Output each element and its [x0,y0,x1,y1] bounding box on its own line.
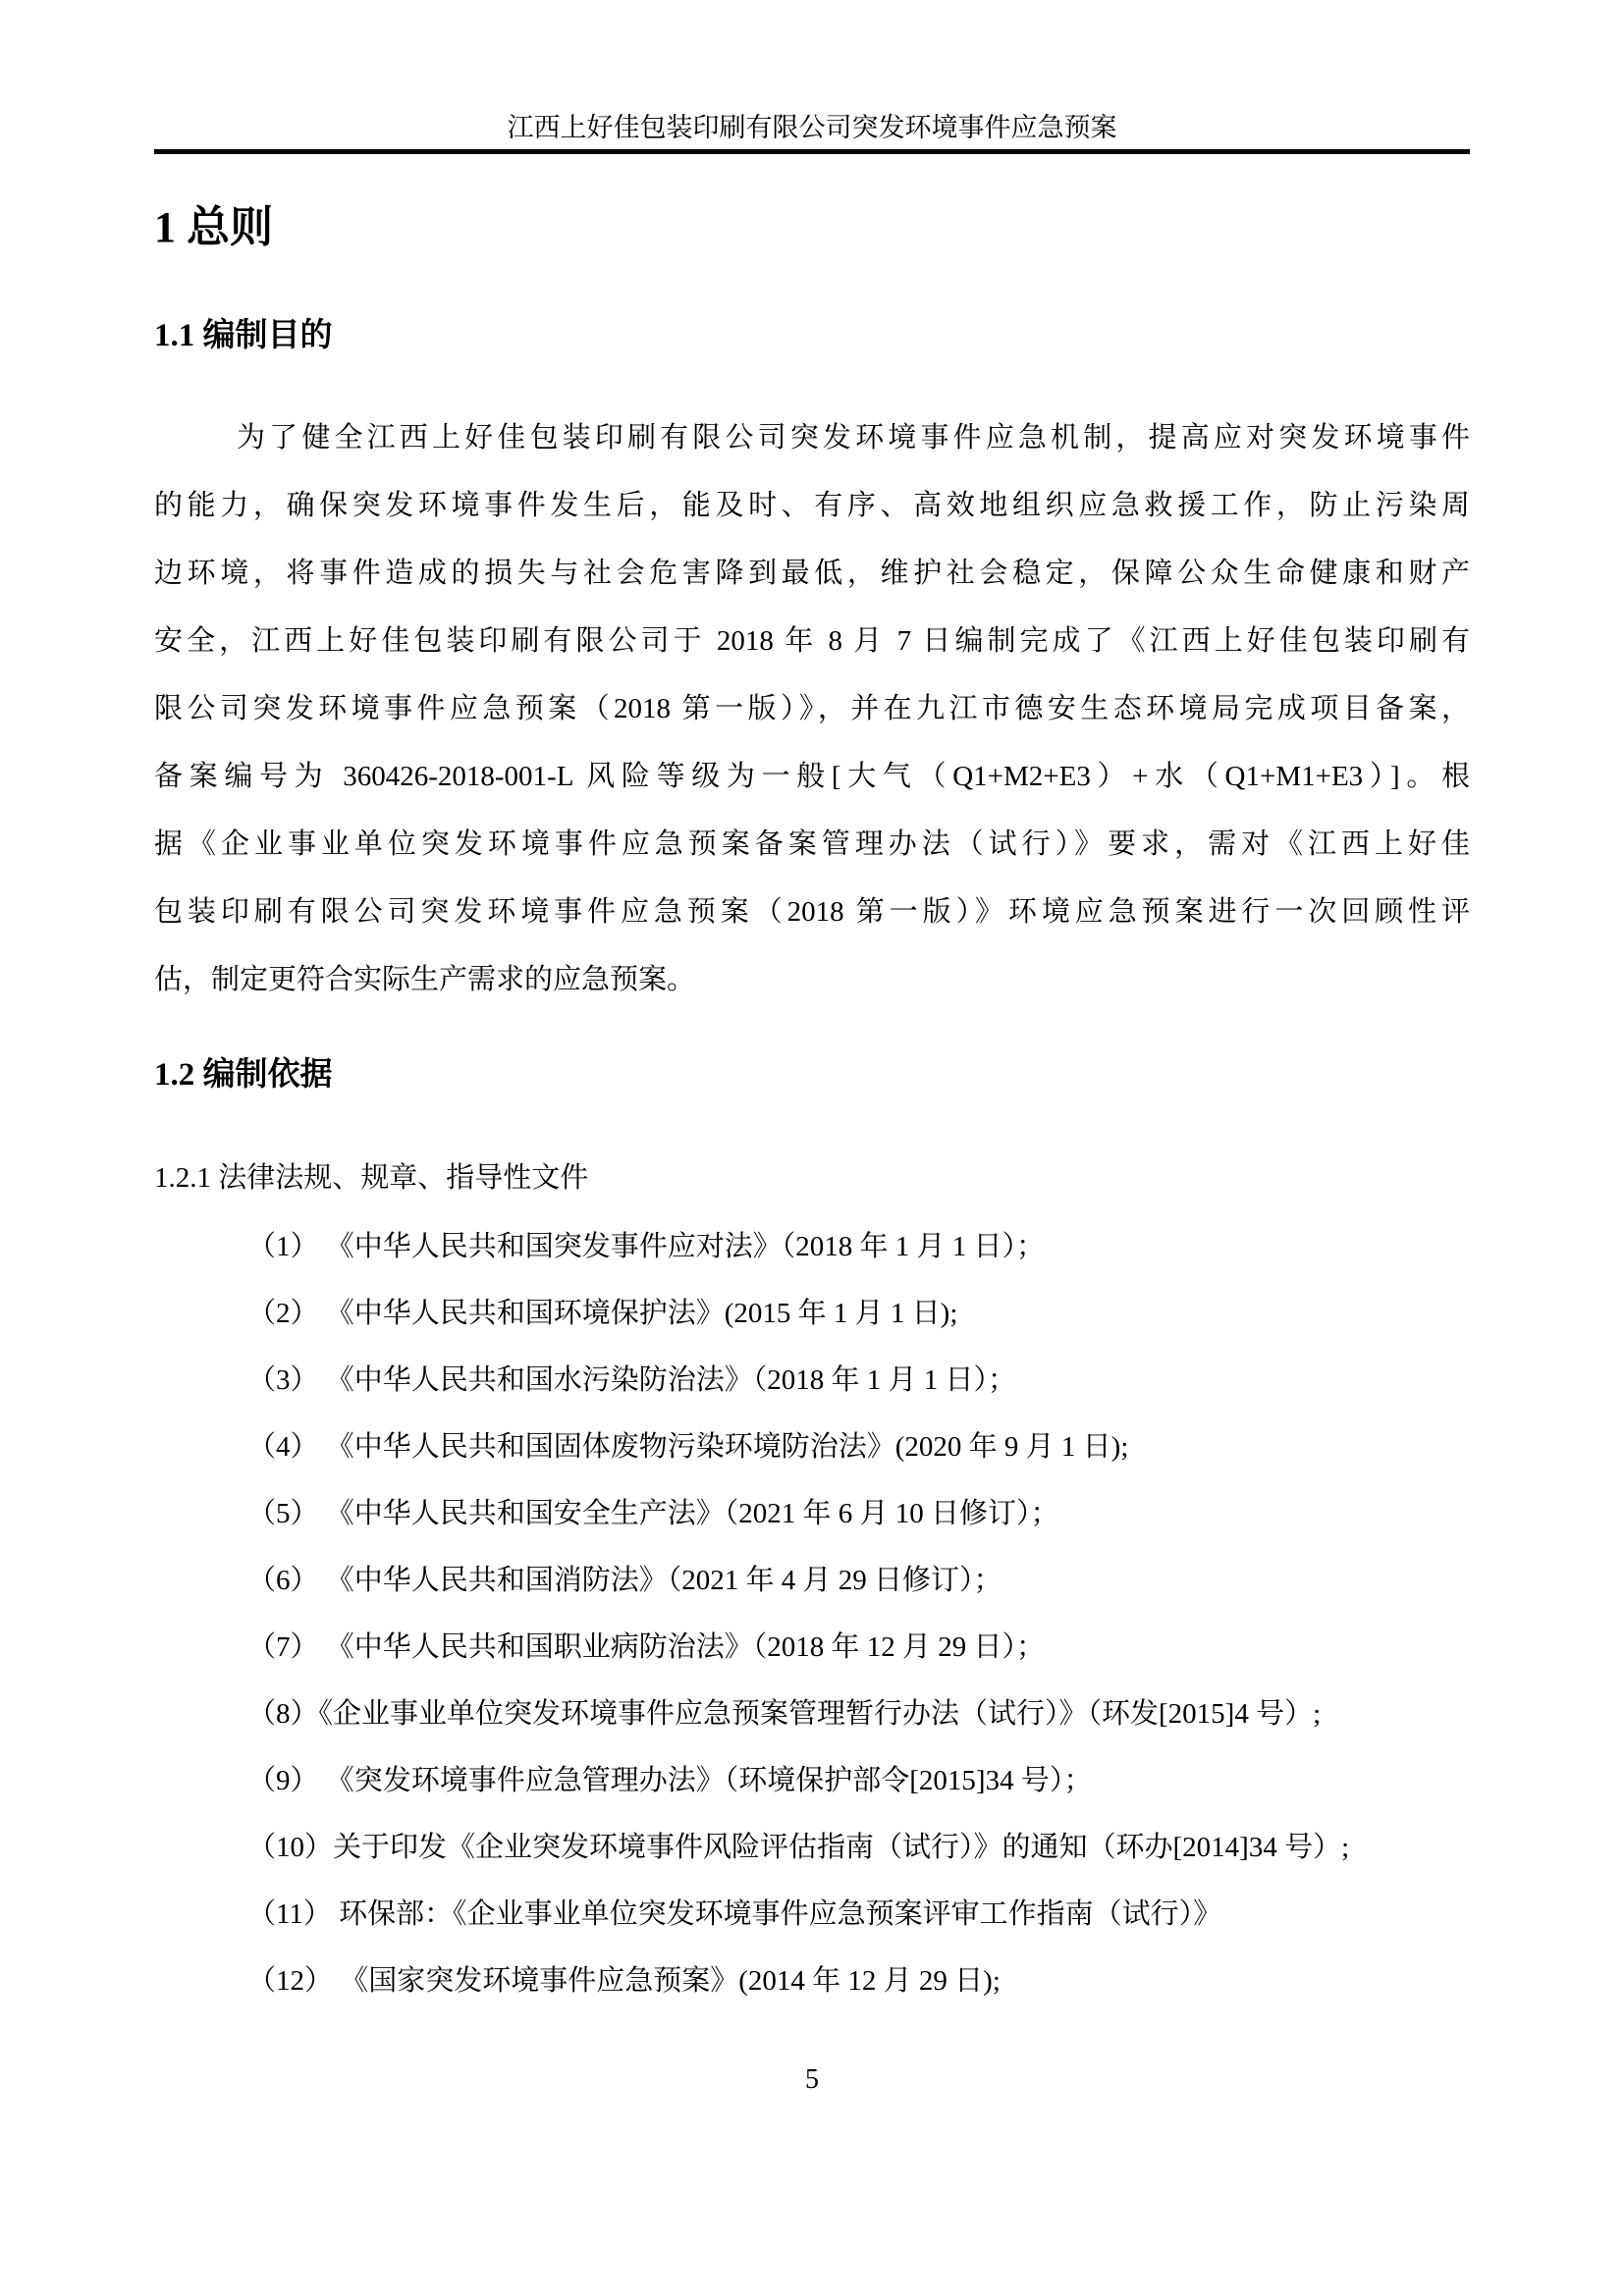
section-heading-purpose: 1.1 编制目的 [154,315,333,356]
legal-reference-item: （6） 《中华人民共和国消防法》（2021 年 4 月 29 日修订）； [154,1547,1470,1614]
legal-reference-item: （11） 环保部：《企业事业单位突发环境事件应急预案评审工作指南（试行）》 [154,1881,1470,1948]
paragraph-line: 限公司突发环境事件应急预案（2018 第一版）》，并在九江市德安生态环境局完成项… [154,675,1470,743]
legal-reference-item: （7） 《中华人民共和国职业病防治法》（2018 年 12 月 29 日）； [154,1614,1470,1681]
page-header-title: 江西上好佳包装印刷有限公司突发环境事件应急预案 [154,111,1470,144]
paragraph-line: 据《企业事业单位突发环境事件应急预案备案管理办法（试行）》要求，需对《江西上好佳 [154,811,1470,879]
legal-reference-list: （1） 《中华人民共和国突发事件应对法》（2018 年 1 月 1 日）； （2… [154,1213,1470,2014]
legal-reference-item: （3） 《中华人民共和国水污染防治法》（2018 年 1 月 1 日）； [154,1347,1470,1414]
purpose-paragraph: 为了健全江西上好佳包装印刷有限公司突发环境事件应急机制，提高应对突发环境事件 的… [154,404,1470,1014]
paragraph-line: 为了健全江西上好佳包装印刷有限公司突发环境事件应急机制，提高应对突发环境事件 [154,404,1470,472]
section-heading-basis: 1.2 编制依据 [154,1054,333,1095]
legal-reference-item: （10）关于印发《企业突发环境事件风险评估指南（试行）》的通知（环办[2014]… [154,1814,1470,1881]
paragraph-line: 的能力，确保突发环境事件发生后，能及时、有序、高效地组织应急救援工作，防止污染周 [154,472,1470,540]
header-rule [154,149,1470,154]
paragraph-line: 边环境，将事件造成的损失与社会危害降到最低，维护社会稳定，保障公众生命健康和财产 [154,540,1470,608]
legal-reference-item: （2） 《中华人民共和国环境保护法》(2015 年 1 月 1 日); [154,1280,1470,1347]
chapter-title: 1 总则 [154,200,273,255]
legal-reference-item: （4） 《中华人民共和国固体废物污染环境防治法》(2020 年 9 月 1 日)… [154,1414,1470,1480]
legal-reference-item: （9） 《突发环境事件应急管理办法》（环境保护部令[2015]34 号）； [154,1747,1470,1814]
legal-reference-item: （8）《企业事业单位突发环境事件应急预案管理暂行办法（试行）》（环发[2015]… [154,1681,1470,1747]
page-number: 5 [154,2061,1470,2099]
document-page: 江西上好佳包装印刷有限公司突发环境事件应急预案 1 总则 1.1 编制目的 为了… [0,0,1624,2296]
subsection-heading-laws: 1.2.1 法律法规、规章、指导性文件 [154,1158,588,1198]
paragraph-line: 包装印刷有限公司突发环境事件应急预案（2018 第一版）》环境应急预案进行一次回… [154,879,1470,946]
legal-reference-item: （1） 《中华人民共和国突发事件应对法》（2018 年 1 月 1 日）； [154,1213,1470,1280]
paragraph-line: 备案编号为 360426-2018-001-L 风险等级为一般[大气（Q1+M2… [154,743,1470,811]
legal-reference-item: （12） 《国家突发环境事件应急预案》(2014 年 12 月 29 日); [154,1948,1470,2014]
paragraph-line: 估，制定更符合实际生产需求的应急预案。 [154,946,1470,1014]
paragraph-line: 安全，江西上好佳包装印刷有限公司于 2018 年 8 月 7 日编制完成了《江西… [154,608,1470,675]
legal-reference-item: （5） 《中华人民共和国安全生产法》（2021 年 6 月 10 日修订）； [154,1480,1470,1547]
